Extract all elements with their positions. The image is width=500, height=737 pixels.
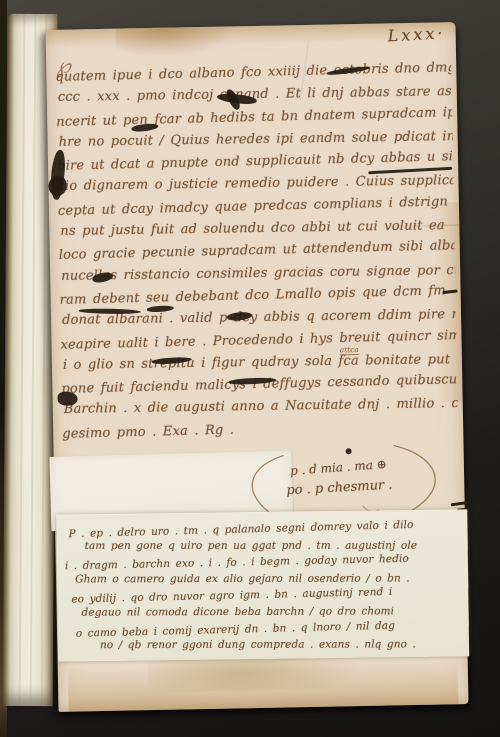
main-text-block: quatem ipue i dco albano fco xxiiij die …	[55, 58, 458, 445]
lower-text-block: P . ep . delro uro . tm . q palanalo seg…	[62, 518, 462, 656]
top-left-stain	[115, 26, 236, 58]
text-line: no / qb renor ggoni dung compreda . exan…	[100, 636, 462, 654]
margin-ink-blotch	[48, 176, 66, 196]
margin-dash-mark	[451, 501, 469, 507]
folio-number: Lxxx·	[387, 23, 446, 45]
manuscript-page: Lxxx· ℘ quatem ipue i dco albano fco xxi…	[45, 22, 468, 712]
manuscript-photo: Lxxx· ℘ quatem ipue i dco albano fco xxi…	[0, 0, 500, 737]
pasted-document-slip: P . ep . delro uro . tm . q palanalo seg…	[56, 510, 469, 661]
interlinear-insertion: attca	[340, 346, 359, 355]
ink-blot	[57, 391, 77, 405]
bottom-edge-stain	[68, 658, 459, 711]
gutter-crease	[19, 14, 26, 706]
gutter-crease	[30, 14, 37, 706]
